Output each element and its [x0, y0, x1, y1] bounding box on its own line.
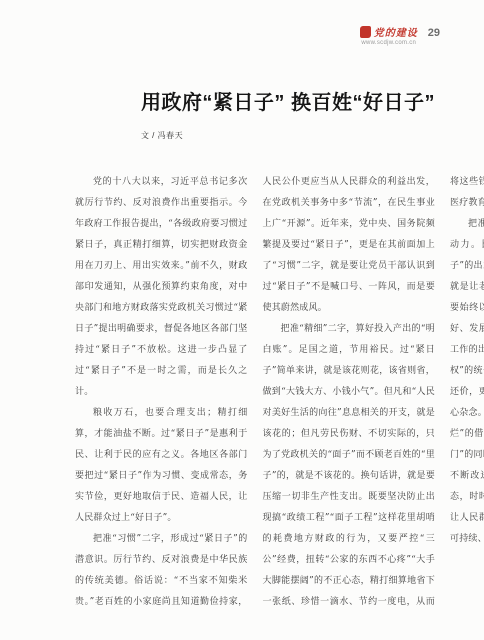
paragraph: 把准“实效”二字，提高为民服务的行动力。民为邦本，本固邦宁。这“紧日子”的出发点…: [450, 214, 484, 550]
magazine-page: 党的建设 www.scdjw.com.cn 29 用政府“紧日子” 换百姓“好日…: [0, 0, 484, 640]
magazine-url: www.scdjw.com.cn: [360, 40, 418, 46]
page-number: 29: [428, 27, 440, 39]
magazine-seal-icon: [360, 26, 371, 38]
paragraph-text: 把准“实效”二字，提高为民服务的行动力。民为邦本，本固邦宁。这“紧日子”的出发点…: [450, 219, 484, 544]
magazine-logo-text: 党的建设: [374, 24, 418, 39]
article-title: 用政府“紧日子” 换百姓“好日子”: [141, 86, 435, 115]
title-block: 用政府“紧日子” 换百姓“好日子” 文 / 冯春天: [75, 86, 435, 141]
paragraph: 粮收万石，也要合理支出；精打细算，才能油盐不断。过“紧日子”是惠利于民、让利于民…: [75, 403, 248, 529]
magazine-logo: 党的建设: [360, 24, 418, 39]
magazine-logo-block: 党的建设 www.scdjw.com.cn: [360, 24, 418, 46]
article-byline: 文 / 冯春天: [141, 130, 183, 141]
article-body: 党的十八大以来，习近平总书记多次就厉行节约、反对浪费作出重要指示。今年政府工作报…: [75, 172, 435, 628]
paragraph: 党的十八大以来，习近平总书记多次就厉行节约、反对浪费作出重要指示。今年政府工作报…: [75, 172, 248, 403]
page-header: 党的建设 www.scdjw.com.cn 29: [360, 24, 440, 46]
